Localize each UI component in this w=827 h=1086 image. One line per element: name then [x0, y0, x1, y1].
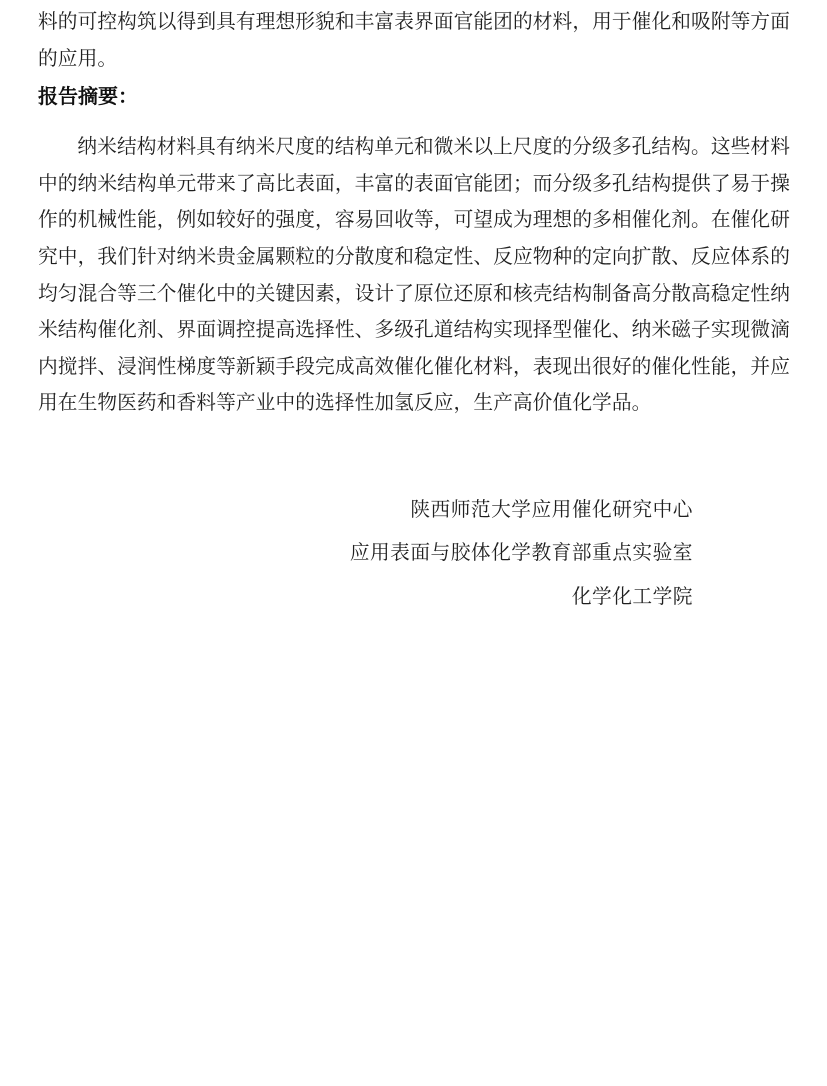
document-page: 料的可控构筑以得到具有理想形貌和丰富表界面官能团的材料，用于催化和吸附等方面的应… [0, 0, 827, 1086]
signature-block: 陕西师范大学应用催化研究中心 应用表面与胶体化学教育部重点实验室 化学化工学院 [38, 489, 790, 620]
abstract-paragraph: 纳米结构材料具有纳米尺度的结构单元和微米以上尺度的分级多孔结构。这些材料中的纳米… [38, 129, 790, 422]
signature-line-school: 化学化工学院 [38, 576, 693, 620]
continuation-paragraph: 料的可控构筑以得到具有理想形貌和丰富表界面官能团的材料，用于催化和吸附等方面的应… [38, 4, 790, 77]
signature-line-research-center: 陕西师范大学应用催化研究中心 [38, 489, 693, 533]
report-abstract-heading: 报告摘要： [38, 79, 790, 116]
signature-line-key-laboratory: 应用表面与胶体化学教育部重点实验室 [38, 532, 693, 576]
